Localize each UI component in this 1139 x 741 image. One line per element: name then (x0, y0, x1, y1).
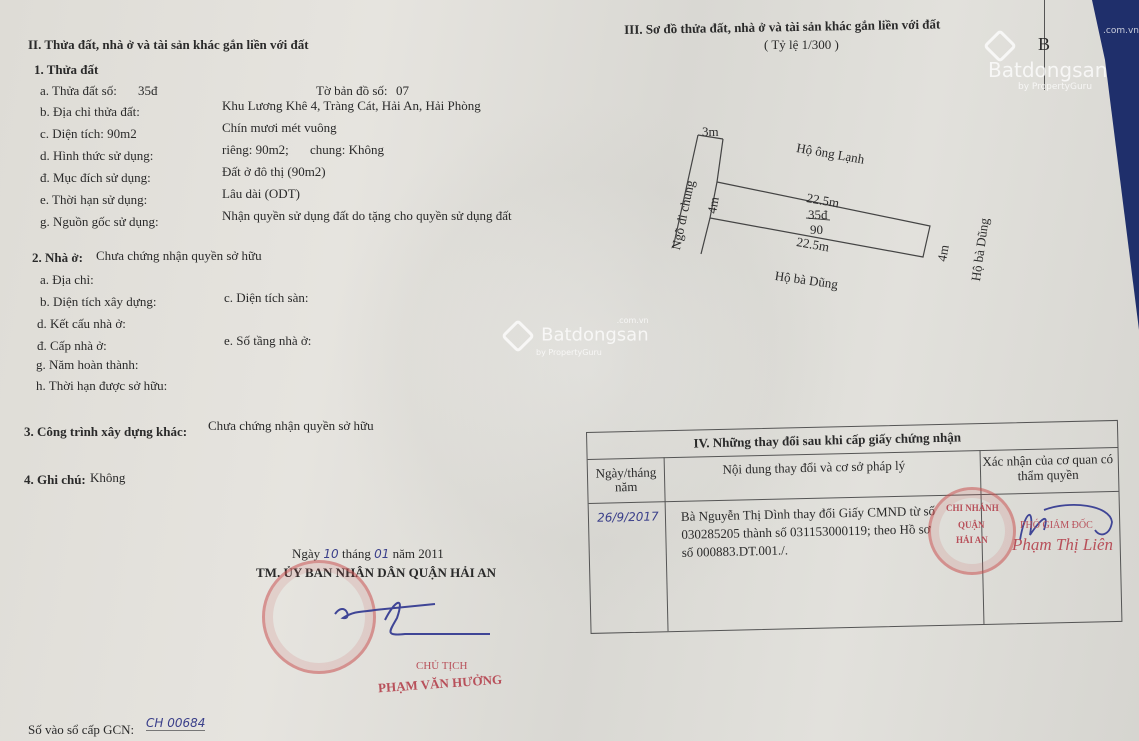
watermark-domain: .com.vn (617, 316, 649, 325)
section-4-title: IV. Những thay đổi sau khi cấp giấy chứn… (677, 429, 977, 452)
house-address-label: a. Địa chỉ: (40, 272, 94, 288)
build-area-label: b. Diện tích xây dựng: (40, 294, 156, 310)
land-heading: 1. Thửa đất (34, 62, 98, 78)
watermark-tagline: by PropertyGuru (536, 348, 649, 357)
grade-label: đ. Cấp nhà ở: (37, 338, 107, 354)
stamp-line-2: QUẬN (958, 520, 985, 530)
house-heading: 2. Nhà ở: (32, 250, 83, 266)
ownership-term-label: h. Thời hạn được sở hữu: (36, 378, 167, 394)
note-heading: 4. Ghi chú: (24, 472, 86, 488)
director-name: Phạm Thị Liên (1012, 535, 1113, 555)
usage-private: riêng: 90m2; (222, 142, 289, 158)
change-content-line-3: số 000883.DT.001./. (682, 542, 789, 560)
director-role: PHÓ GIÁM ĐỐC (1020, 520, 1093, 531)
change-date: 26/9/2017 (593, 509, 663, 525)
col-content-header: Nội dung thay đổi và cơ sở pháp lý (664, 456, 964, 479)
map-sheet-label: Tờ bản đồ số: (316, 83, 388, 99)
watermark-brand: Batdongsan (988, 58, 1107, 82)
plot-diagram: 3m Ngõ đi chung 4m Hộ ông Lạnh 22.5m 35đ… (640, 120, 1020, 300)
plot-no-value: 35đ (138, 83, 158, 99)
registry-value: CH 00684 (146, 716, 205, 731)
back-width: 4m (934, 244, 953, 263)
plot-no-label: a. Thửa đất số: (40, 83, 117, 99)
completion-label: g. Năm hoàn thành: (36, 357, 139, 373)
stamp-line-1: CHI NHÁNH (946, 503, 999, 513)
chairman-signature (325, 590, 505, 650)
diagram-scale: ( Tỷ lệ 1/300 ) (764, 37, 839, 53)
watermark-center: Batdongsan .com.vn by PropertyGuru (506, 324, 649, 357)
section-2-title: II. Thửa đất, nhà ở và tài sản khác gắn … (28, 37, 309, 53)
watermark-top-right: Batdongsan .com.vn by PropertyGuru (988, 34, 1139, 92)
usage-shared: chung: Không (310, 142, 384, 158)
chairman-role: CHỦ TỊCH (416, 660, 467, 672)
month-label: tháng (342, 546, 371, 561)
date-month: 01 (374, 547, 389, 561)
floors-label: e. Số tầng nhà ở: (224, 333, 311, 349)
usage-form-label: d. Hình thức sử dụng: (40, 148, 153, 164)
term-value: Lâu dài (ODT) (222, 186, 300, 202)
front-width: 4m (704, 196, 723, 215)
purpose-value: Đất ở đô thị (90m2) (222, 164, 326, 180)
col-confirm-header: Xác nhận của cơ quan có thẩm quyền (980, 451, 1117, 484)
other-works-status: Chưa chứng nhận quyền sở hữu (208, 418, 374, 434)
map-sheet-value: 07 (396, 83, 409, 99)
plot-id: 35đ (808, 207, 828, 223)
watermark-brand: Batdongsan (541, 325, 649, 346)
origin-label: g. Nguồn gốc sử dụng: (40, 214, 159, 230)
change-content-line-2: 030285205 thành số 031153000119; theo Hồ… (681, 521, 931, 543)
floor-area-label: c. Diện tích sàn: (224, 290, 308, 306)
stamp-line-3: HẢI AN (956, 535, 988, 545)
purpose-label: đ. Mục đích sử dụng: (40, 170, 151, 186)
date-day: 10 (323, 547, 338, 561)
alley-width: 3m (702, 124, 719, 140)
col-date-header: Ngày/tháng năm (590, 465, 663, 495)
house-status: Chưa chứng nhận quyền sở hữu (96, 248, 262, 264)
area-words: Chín mươi mét vuông (222, 120, 337, 136)
registry-label: Số vào sổ cấp GCN: (28, 722, 134, 738)
term-label: e. Thời hạn sử dụng: (40, 192, 147, 208)
origin-value: Nhận quyền sử dụng đất do tặng cho quyền… (222, 208, 512, 224)
structure-label: d. Kết cấu nhà ở: (37, 316, 126, 332)
watermark-tagline: by PropertyGuru (1018, 82, 1139, 92)
year-label: năm 2011 (393, 546, 444, 561)
address-value: Khu Lương Khê 4, Tràng Cát, Hải An, Hải … (222, 98, 481, 114)
other-works-heading: 3. Công trình xây dựng khác: (24, 424, 187, 440)
area-label: c. Diện tích: 90m2 (40, 126, 137, 142)
date-prefix: Ngày (292, 546, 320, 561)
note-value: Không (90, 470, 125, 486)
watermark-domain: .com.vn (1103, 26, 1139, 36)
address-label: b. Địa chỉ thửa đất: (40, 104, 140, 120)
batdongsan-logo-icon (501, 319, 535, 353)
